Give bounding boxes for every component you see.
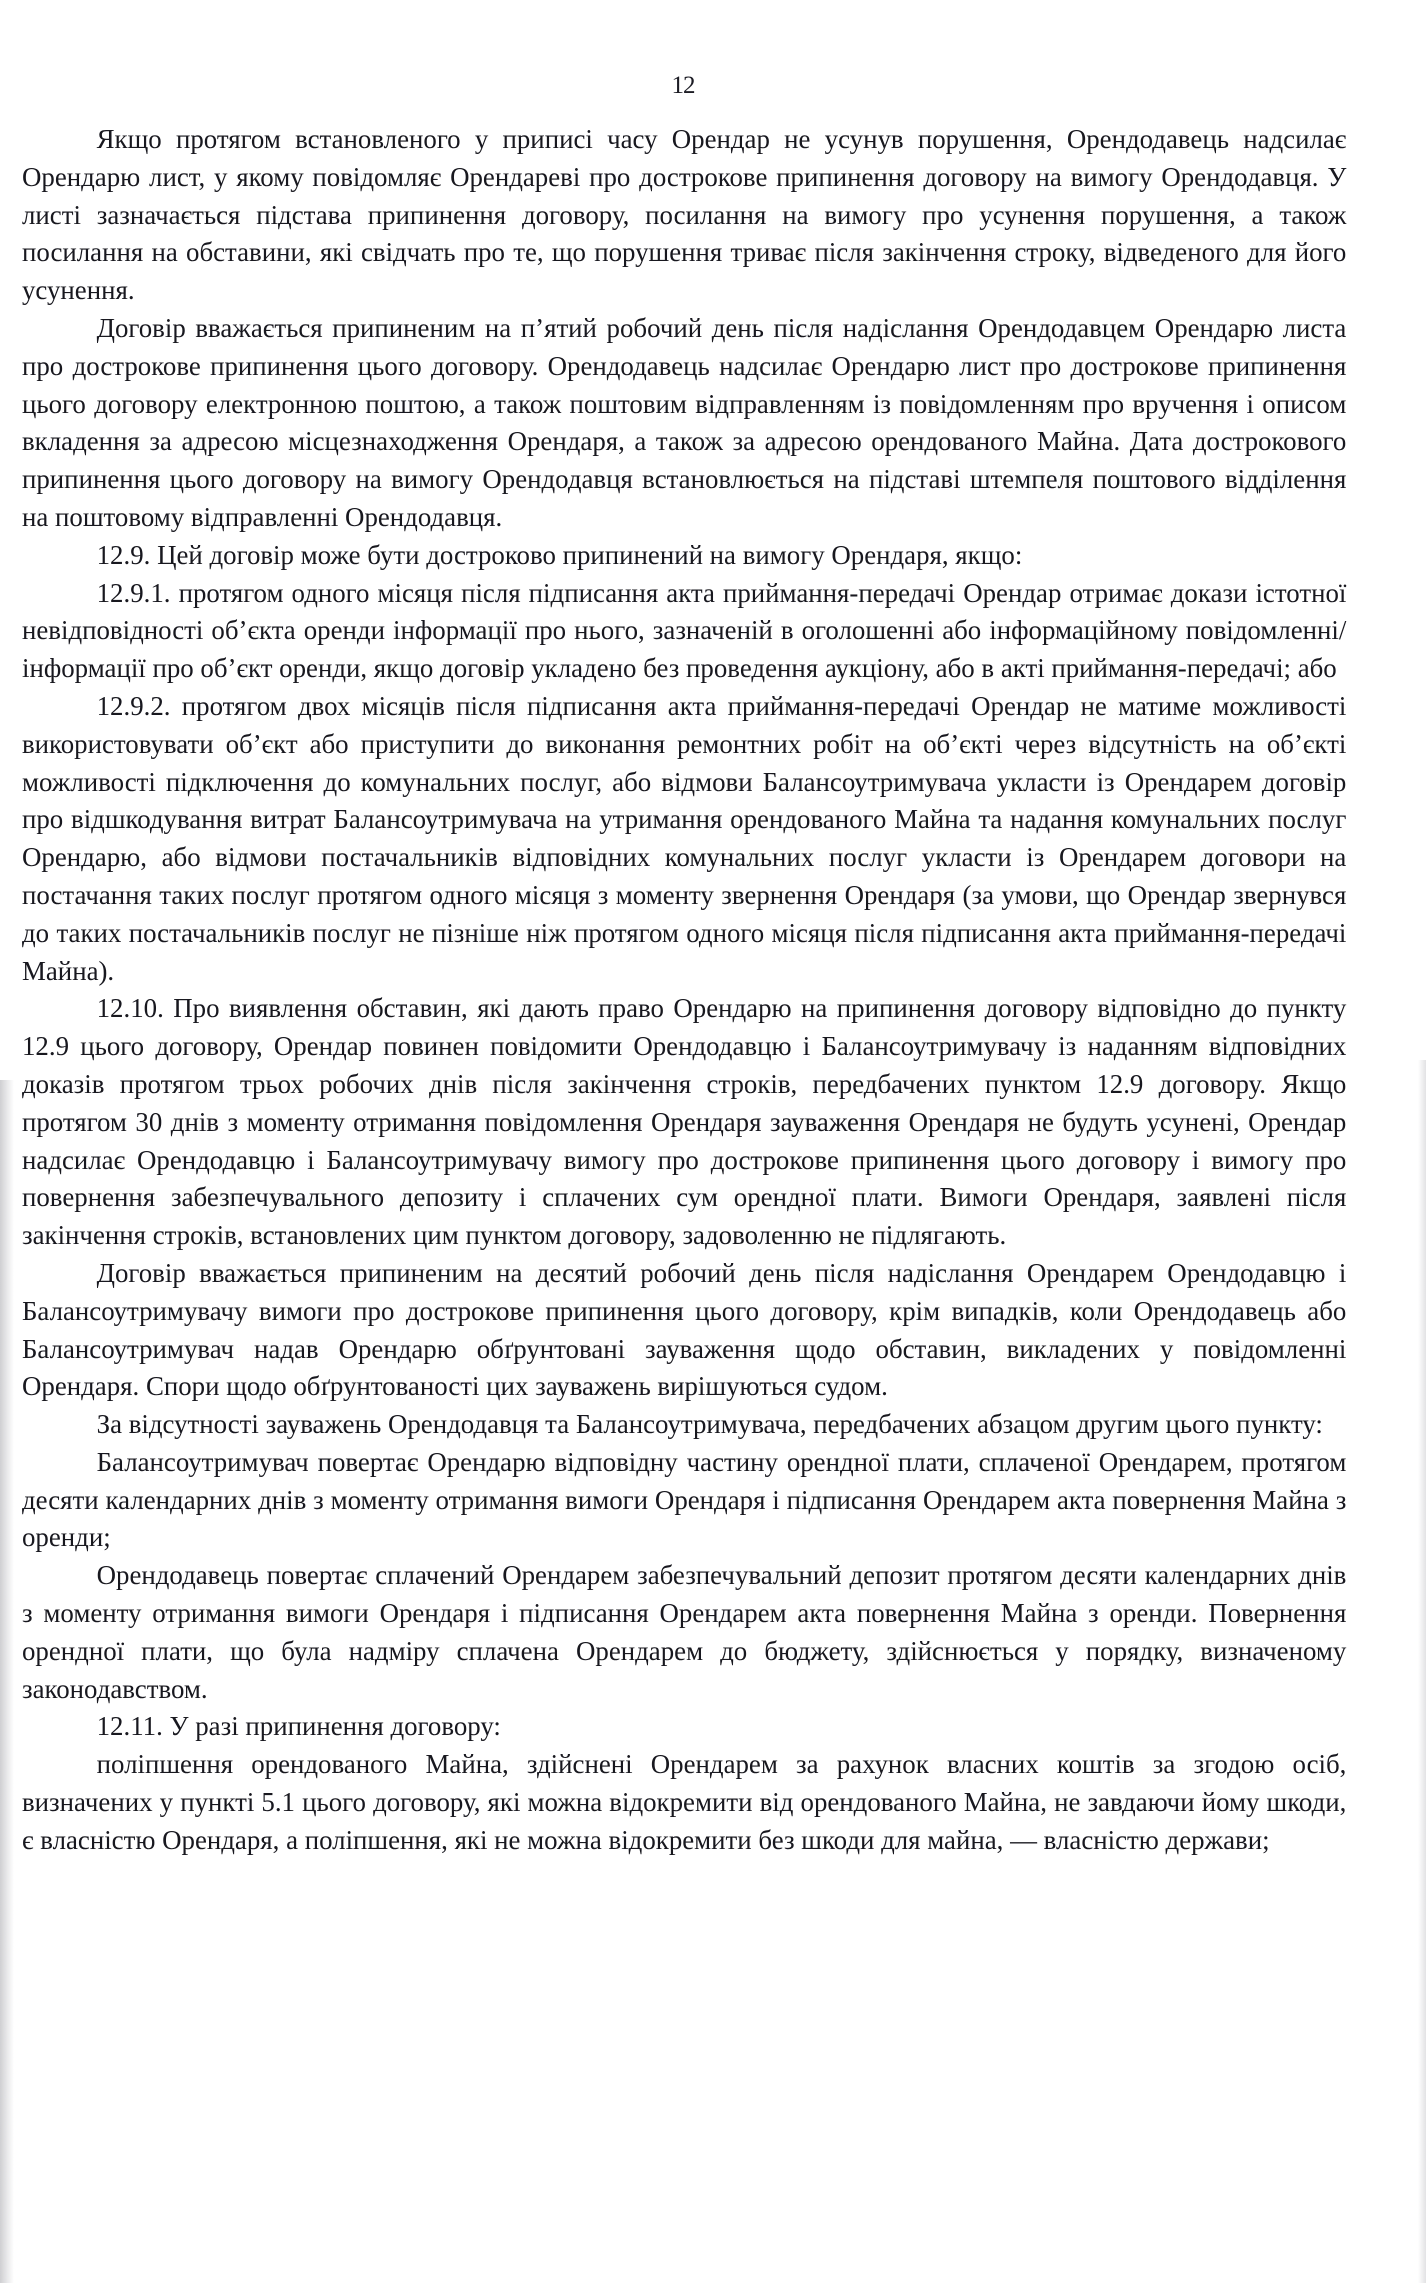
scan-edge-shadow-right: [1418, 1060, 1426, 2283]
scan-edge-shadow-left: [0, 1080, 14, 2283]
paragraph-termination-tenth-day: Договір вважається припиненим на десятий…: [22, 1255, 1346, 1406]
paragraph-termination-letter: Якщо протягом встановленого у приписі ча…: [22, 121, 1346, 310]
page-number: 12: [0, 72, 1366, 100]
clause-12-9: 12.9. Цей договір може бути достроково п…: [22, 537, 1346, 575]
document-page: 12 Якщо протягом встановленого у приписі…: [0, 0, 1426, 2283]
paragraph-improvements: поліпшення орендованого Майна, здійснені…: [22, 1746, 1346, 1859]
document-body: Якщо протягом встановленого у приписі ча…: [22, 121, 1353, 1860]
clause-12-9-1: 12.9.1. протягом одного місяця після під…: [22, 575, 1346, 688]
paragraph-absence-of-remarks: За відсутності зауважень Орендодавця та …: [22, 1406, 1346, 1444]
clause-12-10: 12.10. Про виявлення обставин, які дають…: [22, 990, 1346, 1255]
paragraph-lessor-deposit-refund: Орендодавець повертає сплачений Орендаре…: [22, 1557, 1346, 1708]
paragraph-balance-holder-refund: Балансоутримувач повертає Орендарю відпо…: [22, 1444, 1346, 1557]
clause-12-11: 12.11. У разі припинення договору:: [22, 1708, 1346, 1746]
clause-12-9-2: 12.9.2. протягом двох місяців після підп…: [22, 688, 1346, 990]
paragraph-termination-fifth-day: Договір вважається припиненим на п’ятий …: [22, 310, 1346, 537]
